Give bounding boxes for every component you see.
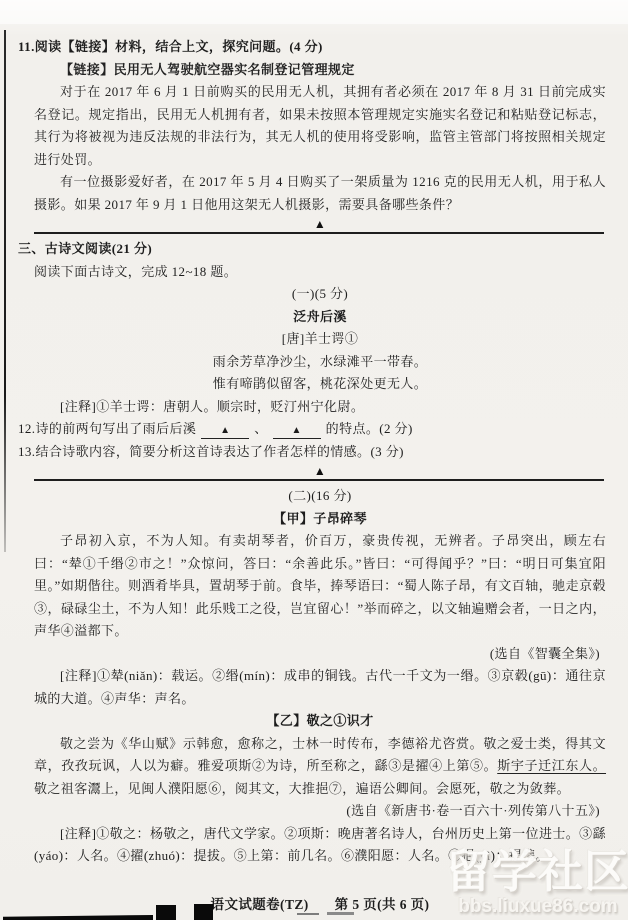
link-material-paragraph-1: 对于在 2017 年 6 月 1 日前购买的民用无人机，其拥有者必须在 2017… (34, 81, 606, 171)
section-3-intro: 阅读下面古诗文，完成 12~18 题。 (34, 261, 606, 284)
footer-page-number: 第 5 页(共 6 页) (335, 897, 430, 912)
question-12: 12.诗的前两句写出了雨后后溪▲、▲的特点。(2 分) (18, 418, 606, 441)
question-12-separator: 、 (254, 421, 267, 436)
poem-line-1: 雨余芳草净沙尘，水绿滩平一带春。 (34, 351, 606, 374)
poem-note: [注释]①羊士谔：唐朝人。顺宗时，贬汀州宁化尉。 (34, 396, 606, 419)
watermark-url: bbs.liuxue86.com (446, 897, 628, 916)
yi-passage-title: 【乙】敬之①识才 (34, 710, 606, 733)
jia-passage-title: 【甲】子昂碎琴 (34, 508, 606, 531)
yi-underlined-phrase: 斯宇子迁江东人。 (497, 758, 606, 773)
exam-page-scan: 11.阅读【链接】材料，结合上文，探究问题。(4 分) 【链接】民用无人驾驶航空… (0, 0, 628, 920)
scan-artifact-dash-2 (327, 912, 354, 915)
watermark-logo: 留学社区 (446, 850, 628, 895)
question-11-title: 11.阅读【链接】材料，结合上文，探究问题。(4 分) (18, 36, 606, 59)
jia-note: [注释]①辇(niǎn)：载运。②缗(mín)：成串的铜钱。古代一千文为一缗。③… (34, 665, 606, 710)
question-12-text: 12.诗的前两句写出了雨后后溪 (18, 421, 196, 436)
yi-source: (选自《新唐书·卷一百六十·列传第八十五》) (34, 800, 606, 823)
answer-triangle-mark: ▲ (220, 425, 230, 436)
question-12-suffix: 的特点。(2 分) (326, 421, 413, 436)
section-divider-2 (34, 479, 604, 481)
scan-artifact-square-2 (194, 904, 213, 920)
watermark: 留学社区 bbs.liuxue86.com (446, 850, 628, 916)
poem-line-2: 惟有啼鹃似留客，桃花深处更无人。 (34, 373, 606, 396)
part-1-label: (一)(5 分) (34, 283, 606, 306)
scan-artifact-dash-1 (297, 913, 319, 915)
section-3-heading: 三、古诗文阅读(21 分) (18, 238, 606, 261)
jia-passage: 子昂初入京，不为人知。有卖胡琴者，价百万，豪贵传视，无辨者。子昂突出，顾左右曰：… (34, 530, 606, 643)
answer-blank-1: ▲ (201, 425, 249, 439)
poem-title: 泛舟后溪 (34, 306, 606, 329)
answer-blank-2: ▲ (273, 425, 321, 439)
link-material-paragraph-2: 有一位摄影爱好者，在 2017 年 5 月 4 日购买了一架质量为 1216 克… (34, 171, 606, 216)
poem-author: [唐]羊士谔① (34, 328, 606, 351)
answer-triangle-mark: ▲ (34, 463, 606, 479)
footer-paper-title: 语文试题卷(TZ) (211, 897, 309, 912)
answer-triangle-mark: ▲ (292, 425, 302, 436)
yi-passage-part-2: 敬之祖客灊上，见闽人濮阳愿⑥，阅其文，大推挹⑦，遍语公卿间。会愿死，敬之为敛葬。 (34, 781, 570, 796)
scan-artifact-square-1 (156, 905, 176, 920)
section-divider-1 (34, 232, 604, 234)
part-2-label: (二)(16 分) (34, 485, 606, 508)
question-13: 13.结合诗歌内容，简要分析这首诗表达了作者怎样的情感。(3 分) (18, 441, 606, 464)
link-material-heading: 【链接】民用无人驾驶航空器实名制登记管理规定 (60, 59, 606, 82)
answer-triangle-mark: ▲ (34, 216, 606, 232)
jia-source: (选自《智囊全集》) (34, 643, 606, 666)
page-content: 11.阅读【链接】材料，结合上文，探究问题。(4 分) 【链接】民用无人驾驶航空… (0, 0, 628, 916)
yi-passage: 敬之尝为《华山赋》示韩愈，愈称之，士林一时传布，李德裕尤咨赏。敬之爱士类，得其文… (34, 733, 606, 801)
